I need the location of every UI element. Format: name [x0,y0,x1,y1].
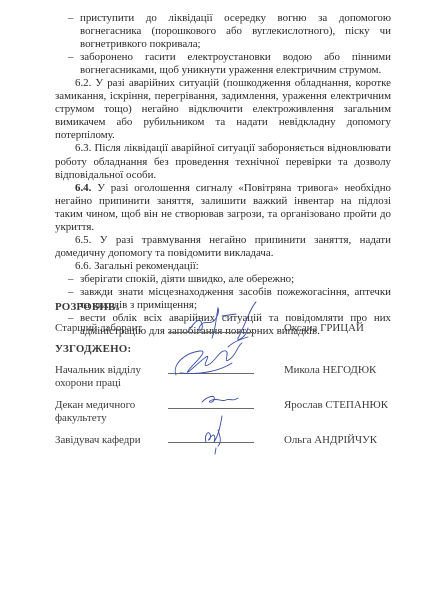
paragraph-text: Загальні рекомендації: [94,260,199,272]
bullet-dash: – [68,286,73,299]
document-body: – приступити до ліквідації осередку вогн… [55,12,391,338]
list-item-text: заборонено гасити електроустановки водою… [80,51,391,76]
signatory-name: Оксана ГРИЦАЙ [284,322,364,335]
handwritten-signature-icon [198,390,248,410]
signatory-position: Начальник відділу [55,364,141,377]
signatory-position-line2: охорони праці [55,377,121,390]
paragraph-6-4: 6.4. У разі оголошення сигналу «Повітрян… [55,182,391,234]
list-item-text: зберігати спокій, діяти швидко, але обер… [80,273,294,285]
signatory-position: Декан медичного [55,399,135,412]
paragraph-text: У разі аварійних ситуацій (пошкодження о… [55,77,391,141]
paragraph-number: 6.5. [75,234,91,246]
signatory-name: Ярослав СТЕПАНЮК [284,399,388,412]
signatory-position: Завідувач кафедри [55,434,141,447]
handwritten-signature-icon [170,335,260,380]
list-item-text: приступити до ліквідації осередку вогню … [80,12,391,50]
paragraph-6-5: 6.5. У разі травмування негайно припинит… [55,234,391,260]
list-item: – заборонено гасити електроустановки вод… [55,51,391,77]
bullet-dash: – [68,51,73,64]
paragraph-number: 6.4. [75,182,91,194]
signatory-position: Старший лаборант [55,322,142,335]
signatory-name: Ольга АНДРІЙЧУК [284,434,377,447]
paragraph-number: 6.2. [75,77,91,89]
document-page: – приступити до ліквідації осередку вогн… [0,0,424,599]
developed-heading: РОЗРОБИВ: [55,301,119,314]
paragraph-text: У разі травмування негайно припинити зан… [55,234,391,259]
bullet-dash: – [68,273,73,286]
signatory-name: Микола НЕГОДЮК [284,364,376,377]
paragraph-text: У разі оголошення сигналу «Повітряна три… [55,182,391,233]
paragraph-6-2: 6.2. У разі аварійних ситуацій (пошкодже… [55,77,391,142]
list-item: – зберігати спокій, діяти швидко, але об… [55,273,391,286]
bullet-dash: – [68,12,73,25]
list-item: – приступити до ліквідації осередку вогн… [55,12,391,51]
paragraph-6-6: 6.6. Загальні рекомендації: [55,260,391,273]
paragraph-number: 6.6. [75,260,91,272]
signatory-position-line2: факультету [55,412,107,425]
paragraph-6-3: 6.3. Після ліквідації аварійної ситуації… [55,142,391,181]
agreed-heading: УЗГОДЖЕНО: [55,343,131,356]
paragraph-text: Після ліквідації аварійної ситуації забо… [55,142,391,180]
handwritten-signature-icon [200,412,230,457]
paragraph-number: 6.3. [75,142,91,154]
